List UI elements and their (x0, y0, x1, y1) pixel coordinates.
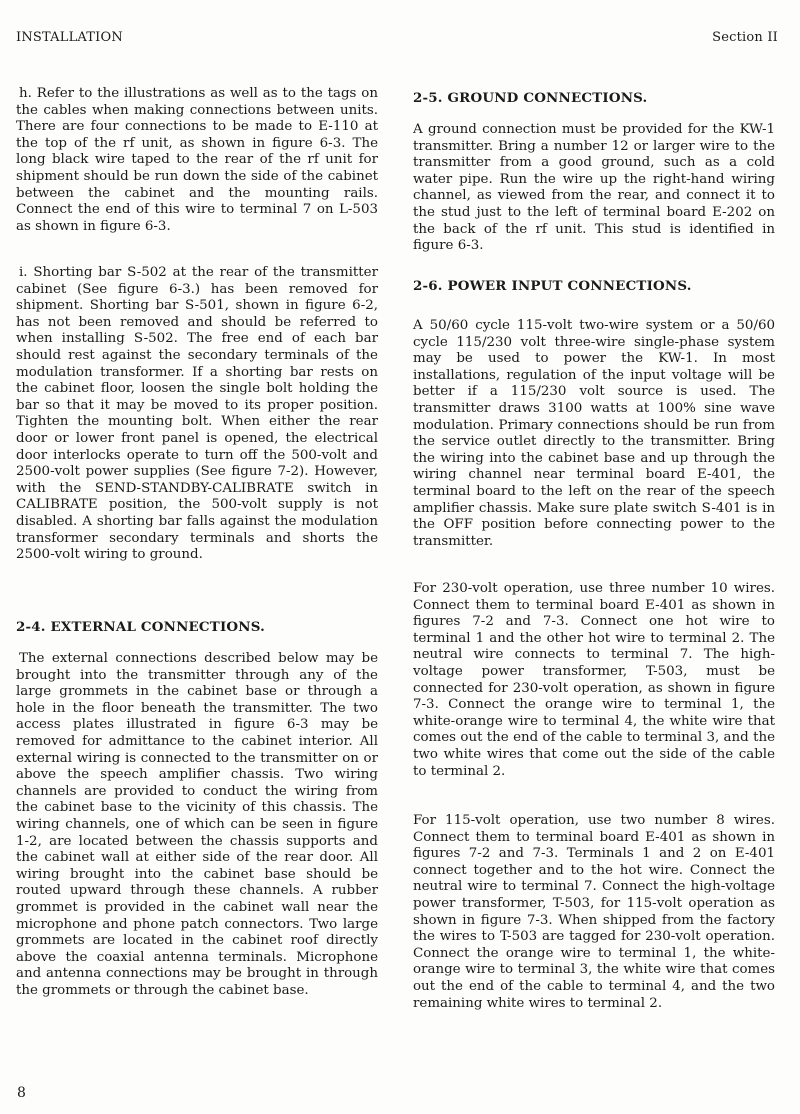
paragraph-230-volt: For 230-volt operation, use three number… (413, 581, 775, 780)
running-head-chapter: INSTALLATION (16, 30, 123, 45)
section-heading-2-4: 2-4. EXTERNAL CONNECTIONS. (16, 619, 265, 635)
running-head-section: Section II (712, 30, 778, 45)
document-page: INSTALLATION Section II h. Refer to the … (0, 0, 800, 1114)
paragraph-h: h. Refer to the illustrations as well as… (16, 86, 378, 235)
page-number: 8 (17, 1085, 26, 1101)
section-heading-2-5: 2-5. GROUND CONNECTIONS. (413, 90, 647, 106)
section-body-2-5: A ground connection must be provided for… (413, 122, 775, 255)
section-heading-2-6: 2-6. POWER INPUT CONNECTIONS. (413, 278, 692, 294)
section-body-2-6: A 50/60 cycle 115-volt two-wire system o… (413, 318, 775, 550)
section-body-2-4: The external connections described below… (16, 651, 378, 999)
paragraph-i: i. Shorting bar S-502 at the rear of the… (16, 265, 378, 564)
paragraph-115-volt: For 115-volt operation, use two number 8… (413, 813, 775, 1012)
